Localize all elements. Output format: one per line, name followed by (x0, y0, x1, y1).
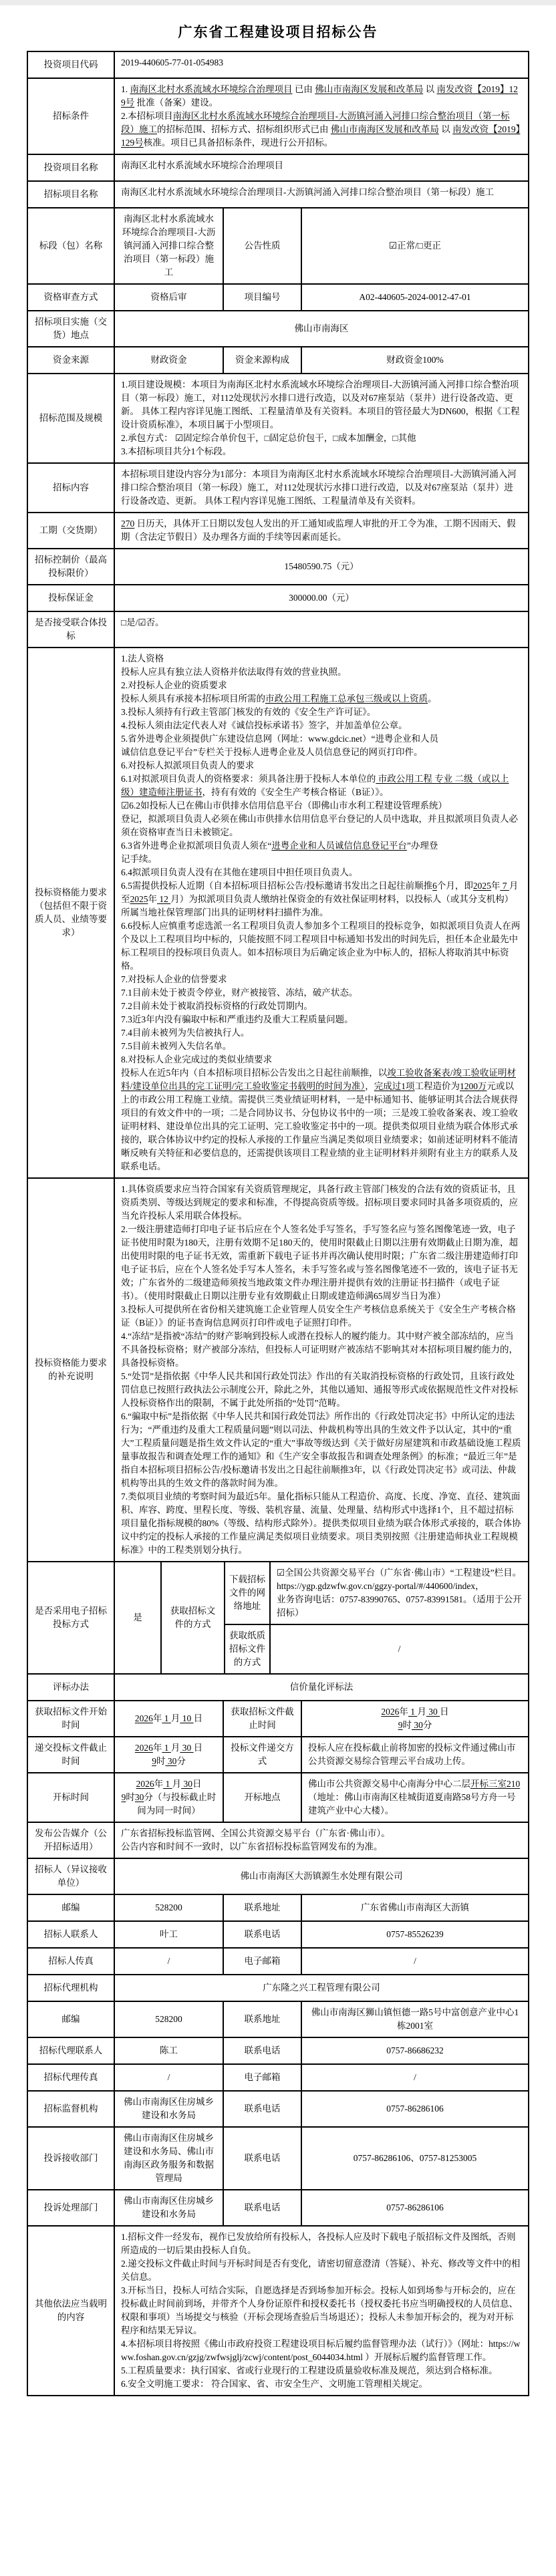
row-scope: 招标范围及规模 1.项目建设规模：本项目为南海区北村水系流域水环境综合治理项目-… (28, 373, 528, 462)
row-bid-opening: 开标时间 2026年 1 月 30日9时30分（与投标截止时间为同一时间） 开标… (28, 1772, 528, 1822)
row-qualification-review: 资格审查方式 资格后审 项目编号 A02-440605-2024-0012-47… (28, 283, 528, 310)
label-doc-obtain-start: 获取招标文件开始时间 (28, 1701, 114, 1736)
label-complaint-receiving-phone: 联系电话 (223, 2128, 301, 2189)
label-investment-project-name: 投资项目名称 (28, 155, 114, 180)
label-agency-contact: 招标代理联系人 (28, 2038, 114, 2063)
label-doc-obtain-end: 获取招标文件截止时间 (223, 1701, 301, 1736)
value-complaint-handling-phone: 0757-86286106 (301, 2190, 528, 2225)
label-project-number: 项目编号 (223, 285, 301, 310)
value-other-contents: 1.招标文件一经发布，视作已发放给所有投标人，各投标人应及时下载电子版招标文件及… (114, 2227, 528, 2395)
value-project-code: 2019-440605-77-01-054983 (114, 52, 528, 78)
label-agency-fax: 招标代理传真 (28, 2065, 114, 2090)
value-scope: 1.项目建设规模：本项目为南海区北村水系流域水环境综合治理项目-大沥镇河涌入河排… (114, 374, 528, 462)
label-tender-conditions: 招标条件 (28, 79, 114, 154)
value-agency-contact: 陈工 (114, 2038, 223, 2063)
label-agency-phone: 联系电话 (223, 2038, 301, 2063)
label-section-name: 标段（包）名称 (28, 208, 114, 283)
page-title: 广东省工程建设项目招标公告 (0, 21, 556, 41)
value-investment-project-name: 南海区北村水系流域水环境综合治理项目 (114, 155, 528, 180)
row-tender-conditions: 招标条件 1. 南海区北村水系流域水环境综合治理项目 已由 佛山市南海区发展和改… (28, 78, 528, 154)
value-evaluation-method: 信价量化评标法 (114, 1675, 528, 1700)
value-bid-bond: 300000.00（元） (114, 585, 528, 611)
value-supervision: 佛山市南海区住房城乡建设和水务局 (114, 2092, 223, 2126)
value-location: 佛山市南海区 (114, 311, 528, 346)
label-other-contents: 其他依法应当载明的内容 (28, 2227, 114, 2395)
row-qualification-supplement: 投标资格能力要求的补充说明 1.具体资质要求应当符合国家有关资质管理规定，具备行… (28, 1177, 528, 1561)
label-complaint-receiving: 投诉接收部门 (28, 2128, 114, 2189)
row-doc-obtain-time: 获取招标文件开始时间 2026年 1 月 10 日 获取招标文件截止时间 202… (28, 1700, 528, 1736)
value-agency-fax: / (114, 2065, 223, 2090)
value-submission-method: 投标人应在投标截止前将加密的投标文件通过佛山市公共资源交易综合管理云平台成功上传… (301, 1737, 528, 1772)
row-tender-project-name: 招标项目名称 南海区北村水系流域水环境综合治理项目-大沥镇河涌入河排口综合整治项… (28, 180, 528, 207)
label-submission-deadline: 递交投标文件截止时间 (28, 1737, 114, 1772)
row-control-price: 招标控制价（最高投标限价） 15480590.75（元） (28, 548, 528, 584)
label-notice-nature: 公告性质 (223, 208, 301, 283)
label-funding-source: 资金来源 (28, 347, 114, 373)
row-agency-contact: 招标代理联系人 陈工 联系电话 0757-86686232 (28, 2037, 528, 2063)
row-agency-fax: 招标代理传真 / 电子邮箱 / (28, 2063, 528, 2090)
row-tenderer: 招标人（异议接收单位） 佛山市南海区大沥镇源生水处理有限公司 (28, 1858, 528, 1894)
label-complaint-handling-phone: 联系电话 (223, 2190, 301, 2225)
value-funding-composition: 财政资金100% (301, 347, 528, 373)
value-submission-deadline: 2026年 1 月 30 日9时 30分 (114, 1737, 223, 1772)
value-project-number: A02-440605-2024-0012-47-01 (301, 285, 528, 310)
label-announcement-media: 发布公告媒介（公开招标适用） (28, 1823, 114, 1858)
announcement-table: 投资项目代码 2019-440605-77-01-054983 招标条件 1. … (27, 51, 529, 2396)
label-consortium: 是否接受联合体投标 (28, 612, 114, 647)
row-funding: 资金来源 财政资金 资金来源构成 财政资金100% (28, 346, 528, 373)
label-qualification-supplement: 投标资格能力要求的补充说明 (28, 1179, 114, 1561)
value-tenderer-address: 广东省佛山市南海区大沥镇 (301, 1895, 528, 1920)
value-tenderer: 佛山市南海区大沥镇源生水处理有限公司 (114, 1859, 528, 1894)
label-download-address: 下载招标文件的网络地址 (225, 1562, 269, 1624)
value-agency: 广东隆之兴工程管理有限公司 (114, 1975, 528, 2001)
label-agency-address: 联系地址 (223, 2002, 301, 2037)
value-tender-project-name: 南海区北村水系流域水环境综合治理项目-大沥镇河涌入河排口综合整治项目（第一标段）… (114, 182, 528, 207)
value-tenderer-email: / (301, 1949, 528, 1974)
label-tenderer-fax: 招标人传真 (28, 1949, 114, 1974)
label-bid-bond: 投标保证金 (28, 585, 114, 611)
value-section-name: 南海区北村水系流域水环境综合治理项目-大沥镇河涌入河排口综合整治项目（第一标段）… (114, 208, 223, 283)
label-tenderer-postcode: 邮编 (28, 1895, 114, 1920)
value-electronic-bidding: 是 (114, 1562, 160, 1673)
label-doc-obtain-method: 获取招标文件的方式 (160, 1562, 224, 1673)
row-bid-bond: 投标保证金 300000.00（元） (28, 584, 528, 611)
value-consortium-checkbox: □是/☑否。 (114, 612, 528, 647)
label-evaluation-method: 评标办法 (28, 1675, 114, 1700)
value-complaint-receiving-phone: 0757-86286106、0757-81253005 (301, 2128, 528, 2189)
label-project-code: 投资项目代码 (28, 52, 114, 78)
value-content: 本招标项目建设内容分为1部分：本项目为南海区北村水系流域水环境综合治理项目-大沥… (114, 464, 528, 512)
label-agency: 招标代理机构 (28, 1975, 114, 2001)
row-agency-postcode: 邮编 528200 联系地址 佛山市南海区狮山镇恒德一路5号中富创意产业中心1栋… (28, 2001, 528, 2037)
row-project-code: 投资项目代码 2019-440605-77-01-054983 (28, 52, 528, 78)
row-tenderer-contact: 招标人联系人 叶工 联系电话 0757-85526239 (28, 1920, 528, 1947)
label-supervision-phone: 联系电话 (223, 2092, 301, 2126)
label-submission-method: 投标文件递交方式 (223, 1737, 301, 1772)
label-tenderer-contact: 招标人联系人 (28, 1922, 114, 1947)
row-consortium: 是否接受联合体投标 □是/☑否。 (28, 611, 528, 647)
value-complaint-receiving: 佛山市南海区住房城乡建设和水务局、佛山市南海区政务服务和数据管理局 (114, 2128, 223, 2189)
row-tenderer-postcode: 邮编 528200 联系地址 广东省佛山市南海区大沥镇 (28, 1894, 528, 1920)
value-agency-address: 佛山市南海区狮山镇恒德一路5号中富创意产业中心1栋2001室 (301, 2002, 528, 2037)
label-paper-document: 获取纸质招标文件的方式 (225, 1625, 269, 1673)
label-agency-postcode: 邮编 (28, 2002, 114, 2037)
value-agency-postcode: 528200 (114, 2002, 223, 2037)
subrow-download-address: 下载招标文件的网络地址 ☑全国公共资源交易平台（广东省·佛山市）“工程建设”栏目… (225, 1562, 528, 1624)
value-notice-nature: ☑正常/□更正 (301, 208, 528, 283)
row-duration: 工期（交货期） 270 日历天，具体开工日期以发包人发出的开工通知或监理人审批的… (28, 512, 528, 548)
label-funding-composition: 资金来源构成 (223, 347, 301, 373)
value-qualification-supplement: 1.具体资质要求应当符合国家有关资质管理规定，具备行政主管部门核发的合法有效的资… (114, 1179, 528, 1561)
label-electronic-bidding: 是否采用电子招标投标方式 (28, 1562, 114, 1673)
value-qualification-requirements: 1.法人资格投标人应具有独立法人资格并依法取得有效的营业执照。2.对投标人企业的… (114, 648, 528, 1177)
row-other-contents: 其他依法应当载明的内容 1.招标文件一经发布，视作已发放给所有投标人，各投标人应… (28, 2225, 528, 2395)
announcement-page: 广东省工程建设项目招标公告 投资项目代码 2019-440605-77-01-0… (0, 0, 556, 2396)
value-doc-obtain-start: 2026年 1 月 10 日 (114, 1701, 223, 1736)
value-tenderer-contact: 叶工 (114, 1922, 223, 1947)
label-complaint-handling: 投诉处理部门 (28, 2190, 114, 2225)
value-download-address: ☑全国公共资源交易平台（广东省·佛山市）“工程建设”栏目。https://ygp… (269, 1562, 528, 1624)
label-content: 招标内容 (28, 464, 114, 512)
label-qualification-review: 资格审查方式 (28, 285, 114, 310)
value-tenderer-fax: / (114, 1949, 223, 1974)
value-tenderer-postcode: 528200 (114, 1895, 223, 1920)
label-tender-project-name: 招标项目名称 (28, 182, 114, 207)
label-supervision: 招标监督机构 (28, 2092, 114, 2126)
row-location: 招标项目实施（交货）地点 佛山市南海区 (28, 310, 528, 346)
label-tenderer-phone: 联系电话 (223, 1922, 301, 1947)
row-content: 招标内容 本招标项目建设内容分为1部分：本项目为南海区北村水系流域水环境综合治理… (28, 462, 528, 512)
label-tenderer: 招标人（异议接收单位） (28, 1859, 114, 1894)
value-tenderer-phone: 0757-85526239 (301, 1922, 528, 1947)
value-bid-opening-time: 2026年 1 月 30日9时30分（与投标截止时间为同一时间） (114, 1773, 223, 1822)
page-top-strip (0, 0, 556, 5)
label-bid-opening-time: 开标时间 (28, 1773, 114, 1822)
row-qualification-requirements: 投标资格能力要求（包括但不限于资质人员、业绩等要求） 1.法人资格投标人应具有独… (28, 647, 528, 1177)
row-complaint-receiving: 投诉接收部门 佛山市南海区住房城乡建设和水务局、佛山市南海区政务服务和数据管理局… (28, 2126, 528, 2189)
label-scope: 招标范围及规模 (28, 374, 114, 462)
row-supervision: 招标监督机构 佛山市南海区住房城乡建设和水务局 联系电话 0757-862861… (28, 2090, 528, 2126)
label-tenderer-address: 联系地址 (223, 1895, 301, 1920)
label-control-price: 招标控制价（最高投标限价） (28, 549, 114, 584)
label-duration: 工期（交货期） (28, 513, 114, 548)
doc-obtain-method-subtable: 下载招标文件的网络地址 ☑全国公共资源交易平台（广东省·佛山市）“工程建设”栏目… (224, 1562, 528, 1673)
row-submission-deadline: 递交投标文件截止时间 2026年 1 月 30 日9时 30分 投标文件递交方式… (28, 1736, 528, 1772)
value-announcement-media: 广东省招标投标监管网、全国公共资源交易平台（广东省·佛山市）。公告内容和时间不一… (114, 1823, 528, 1858)
row-announcement-media: 发布公告媒介（公开招标适用） 广东省招标投标监管网、全国公共资源交易平台（广东省… (28, 1822, 528, 1858)
row-tenderer-fax: 招标人传真 / 电子邮箱 / (28, 1947, 528, 1974)
value-doc-obtain-end: 2026年 1 月 30 日9时 30分 (301, 1701, 528, 1736)
value-control-price: 15480590.75（元） (114, 549, 528, 584)
label-tenderer-email: 电子邮箱 (223, 1949, 301, 1974)
label-agency-email: 电子邮箱 (223, 2065, 301, 2090)
value-tender-conditions: 1. 南海区北村水系流域水环境综合治理项目 已由 佛山市南海区发展和改革局 以 … (114, 79, 528, 154)
subrow-paper-document: 获取纸质招标文件的方式 / (225, 1624, 528, 1673)
value-agency-phone: 0757-86686232 (301, 2038, 528, 2063)
value-supervision-phone: 0757-86286106 (301, 2092, 528, 2126)
value-qualification-review: 资格后审 (114, 285, 223, 310)
row-investment-project-name: 投资项目名称 南海区北村水系流域水环境综合治理项目 (28, 154, 528, 180)
value-complaint-handling: 佛山市南海区住房城乡建设和水务局 (114, 2190, 223, 2225)
value-agency-email: / (301, 2065, 528, 2090)
value-funding-source: 财政资金 (114, 347, 223, 373)
row-electronic-bidding: 是否采用电子招标投标方式 是 获取招标文件的方式 下载招标文件的网络地址 ☑全国… (28, 1561, 528, 1673)
label-bid-opening-place: 开标地点 (223, 1773, 301, 1822)
row-agency: 招标代理机构 广东隆之兴工程管理有限公司 (28, 1974, 528, 2001)
row-complaint-handling: 投诉处理部门 佛山市南海区住房城乡建设和水务局 联系电话 0757-862861… (28, 2189, 528, 2225)
value-bid-opening-place: 佛山市公共资源交易中心南海分中心二层开标三室210 （地址：佛山市南海区桂城街道… (301, 1773, 528, 1822)
label-qualification-requirements: 投标资格能力要求（包括但不限于资质人员、业绩等要求） (28, 648, 114, 1177)
row-evaluation-method: 评标办法 信价量化评标法 (28, 1673, 528, 1700)
label-location: 招标项目实施（交货）地点 (28, 311, 114, 346)
value-paper-document: / (269, 1625, 528, 1673)
value-duration: 270 日历天，具体开工日期以发包人发出的开工通知或监理人审批的开工令为准，工期… (114, 513, 528, 548)
row-section-name: 标段（包）名称 南海区北村水系流域水环境综合治理项目-大沥镇河涌入河排口综合整治… (28, 207, 528, 283)
